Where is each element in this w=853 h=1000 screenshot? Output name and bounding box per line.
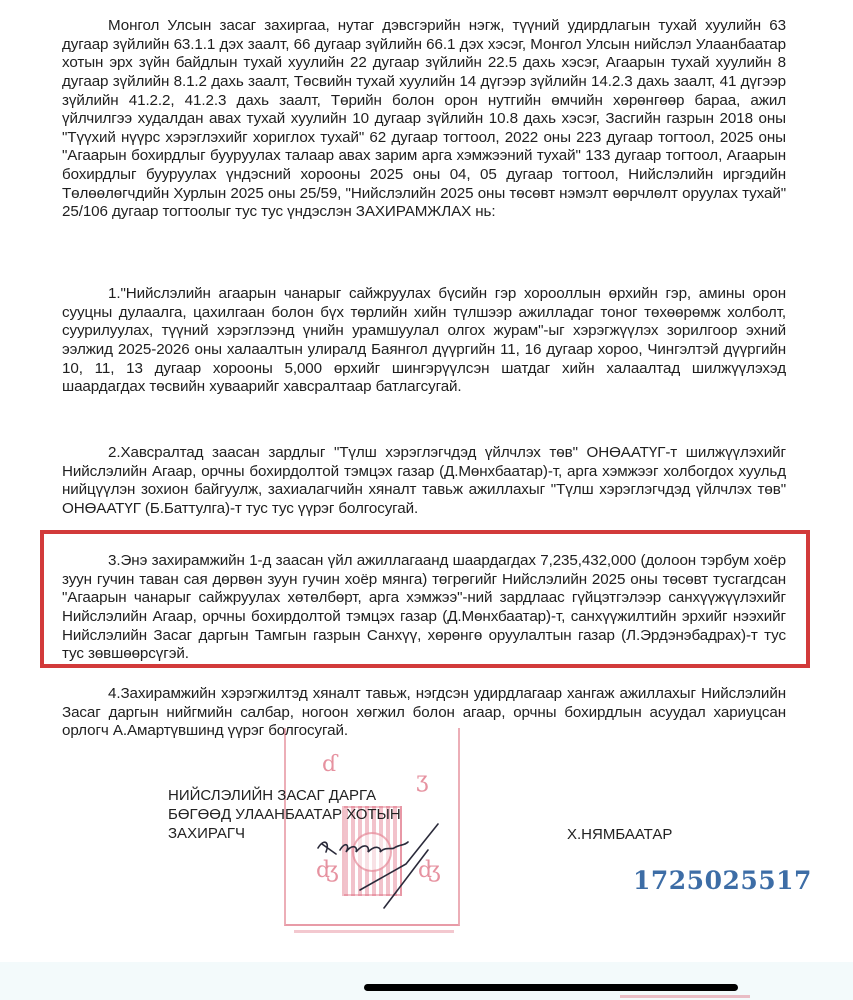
home-indicator-bar[interactable] (364, 984, 738, 991)
seal-soyombo-mark: ɗ (322, 752, 337, 777)
signature-title-line: ЗАХИРАГЧ (168, 824, 401, 843)
seal-footer-text (294, 930, 454, 933)
item-1-paragraph: 1."Нийслэлийн агаарын чанарыг сайжруулах… (62, 285, 786, 397)
serial-number: 1725025517 (633, 866, 812, 895)
next-page-stamp-fragment (620, 995, 750, 998)
document-page: Монгол Улсын засаг захиргаа, нутаг дэвсг… (0, 0, 853, 1000)
preamble-paragraph: Монгол Улсын засаг захиргаа, нутаг дэвсг… (62, 17, 786, 222)
item-2-paragraph: 2.Хавсралтад заасан зардлыг "Түлш хэрэгл… (62, 444, 786, 518)
seal-mongolian-script-mark: ʒ (416, 768, 428, 793)
item-3-paragraph: 3.Энэ захирамжийн 1-д заасан үйл ажиллаг… (62, 552, 786, 664)
signature-title-line: БӨГӨӨД УЛААНБААТАР ХОТЫН (168, 805, 401, 824)
signer-name: Х.НЯМБААТАР (567, 826, 672, 843)
signature-title-line: НИЙСЛЭЛИЙН ЗАСАГ ДАРГА (168, 786, 401, 805)
signature-title-block: НИЙСЛЭЛИЙН ЗАСАГ ДАРГА БӨГӨӨД УЛААНБААТА… (168, 786, 401, 843)
